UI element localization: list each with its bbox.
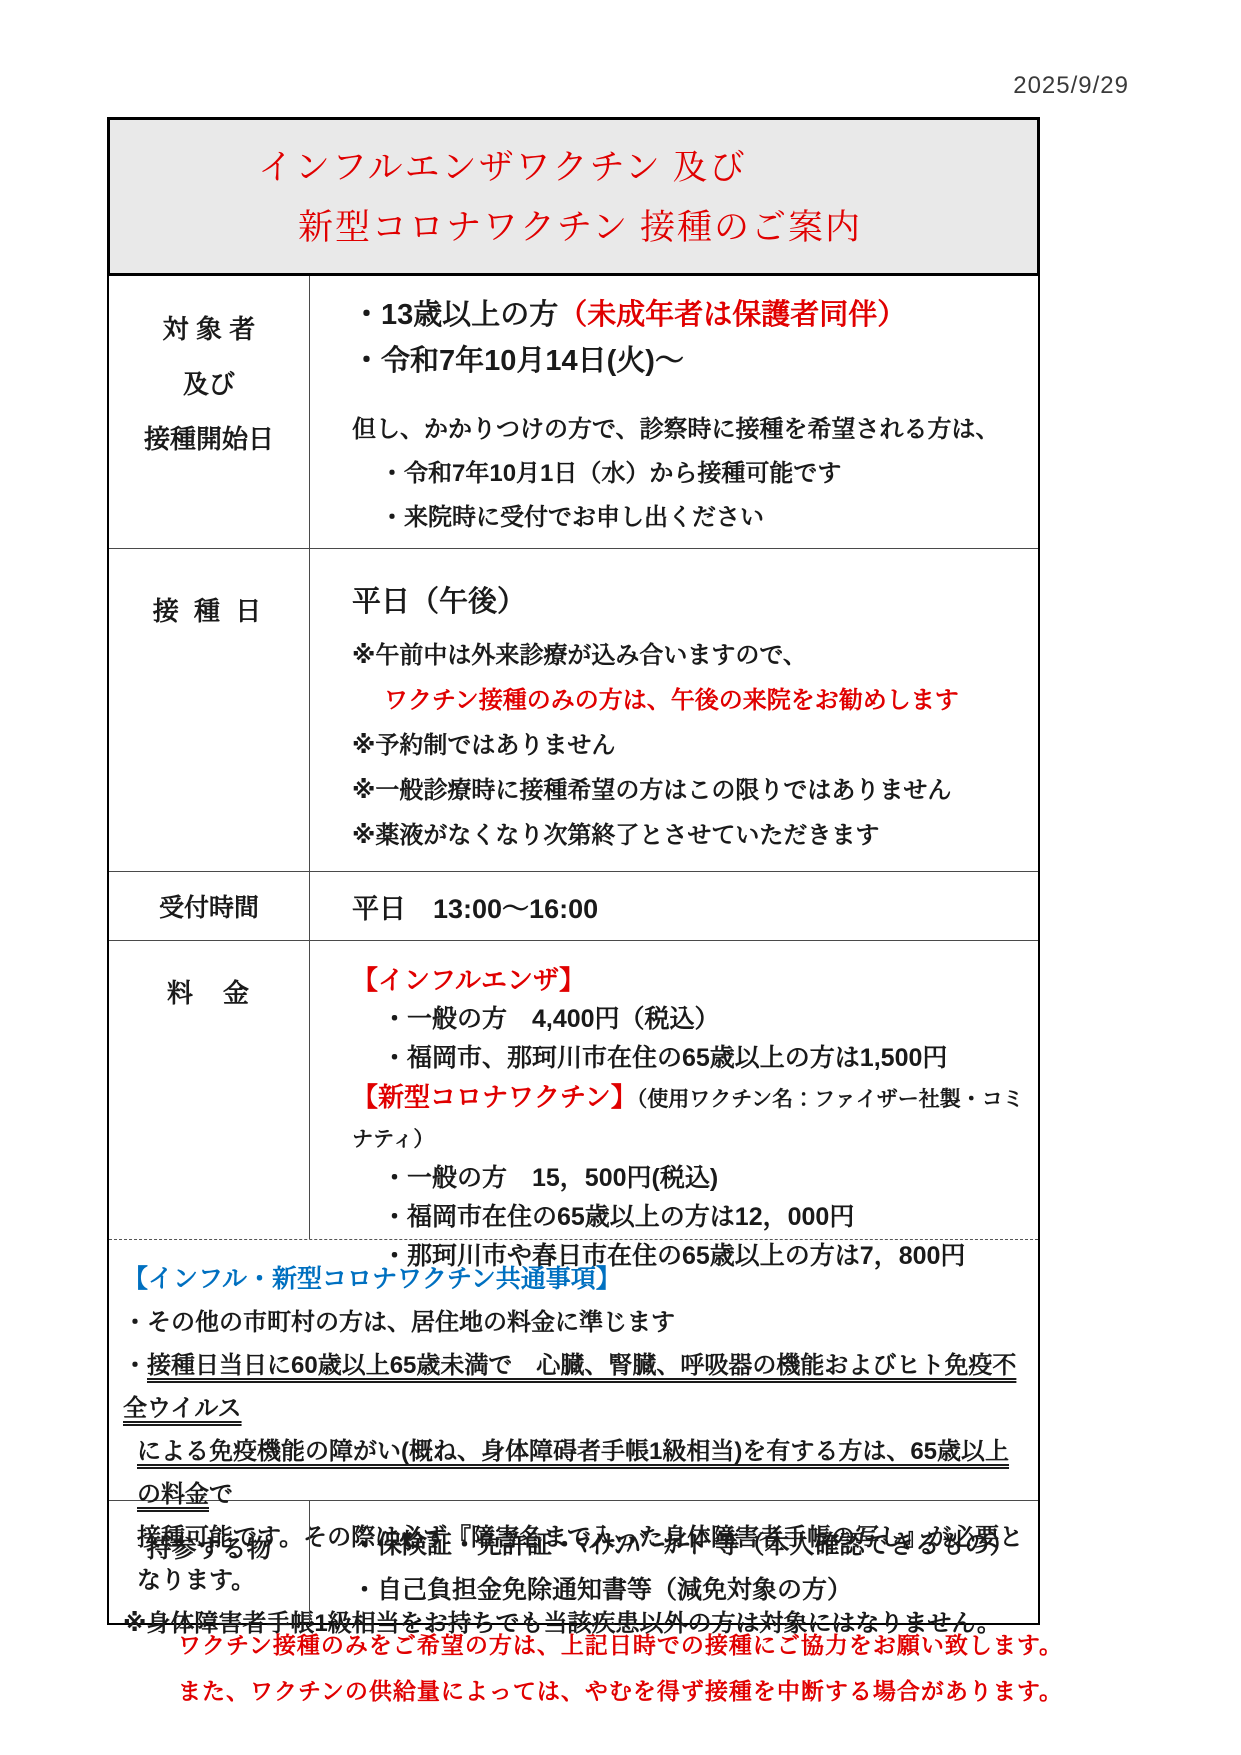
row-vaccination-day: 接 種 日 平日（午後） ※午前中は外来診療が込み合いますので、 ワクチン接種の…: [109, 549, 1038, 872]
row-hours-content: 平日 13:00～16:00: [310, 887, 1038, 926]
footer-note-2: また、ワクチンの供給量によっては、やむを得ず接種を中断する場合があります。: [0, 1668, 1241, 1714]
label-line: 及び: [109, 357, 309, 412]
day-note-2: ※予約制ではありません: [352, 723, 1038, 768]
label-line: 接種開始日: [109, 412, 309, 467]
title-box: インフルエンザワクチン 及び 新型コロナワクチン 接種のご案内: [107, 117, 1040, 276]
title-line-1: インフルエンザワクチン 及び: [110, 138, 1037, 198]
document-date: 2025/9/29: [1013, 72, 1129, 100]
common-note-1: ・その他の市町村の方は、居住地の料金に準じます: [123, 1301, 1024, 1344]
common-note-2-line-a: ・接種日当日に60歳以上65歳未満で 心臓、腎臓、呼吸器の機能およびヒト免疫不全…: [123, 1344, 1024, 1430]
day-main: 平日（午後）: [352, 579, 1038, 625]
covid-fee-header-line: 【新型コロナワクチン】（使用ワクチン名：ファイザー社製・コミナティ）: [352, 1078, 1038, 1159]
covid-fee-fukuoka-senior: ・福岡市在住の65歳以上の方は12，000円: [352, 1198, 1038, 1237]
flu-fee-senior: ・福岡市、那珂川市在住の65歳以上の方は1,500円: [352, 1039, 1038, 1078]
day-note-afternoon-recommend: ワクチン接種のみの方は、午後の来院をお勧めします: [352, 678, 1038, 723]
row-hours-label: 受付時間: [109, 872, 310, 940]
row-fee-label: 料 金: [109, 941, 310, 1239]
day-note-4: ※薬液がなくなり次第終了とさせていただきます: [352, 813, 1038, 858]
bring-item-1: ・保険証・免許証・ﾏｲﾅﾝﾊﾞｰｶｰﾄﾞ等（本人確認できるもの）: [352, 1523, 1038, 1568]
row-what-to-bring: 持参する物 ・保険証・免許証・ﾏｲﾅﾝﾊﾞｰｶｰﾄﾞ等（本人確認できるもの） ・…: [109, 1500, 1038, 1623]
day-note-1: ※午前中は外来診療が込み合いますので、: [352, 633, 1038, 678]
flu-fee-general: ・一般の方 4,400円（税込）: [352, 1000, 1038, 1039]
notice-sheet: インフルエンザワクチン 及び 新型コロナワクチン 接種のご案内 対 象 者 及び…: [107, 117, 1040, 1625]
row-day-content: 平日（午後） ※午前中は外来診療が込み合いますので、 ワクチン接種のみの方は、午…: [310, 549, 1038, 871]
row-target-content: ・13歳以上の方（未成年者は保護者同伴） ・令和7年10月14日(火)～ 但し、…: [310, 276, 1038, 548]
covid-fee-general: ・一般の方 15，500円(税込): [352, 1159, 1038, 1198]
common-notes-section: 【インフル・新型コロナワクチン共通事項】 ・その他の市町村の方は、居住地の料金に…: [109, 1240, 1038, 1500]
minor-guardian-note: （未成年者は保護者同伴）: [558, 299, 906, 331]
label-line: 対 象 者: [109, 302, 309, 357]
underlined-condition-b: による免疫機能の障がい(概ね、身体障碍者手帳1級相当)を有する方は、65歳以上の…: [137, 1438, 1009, 1508]
row-fee-content: 【インフルエンザ】 ・一般の方 4,400円（税込） ・福岡市、那珂川市在住の6…: [310, 941, 1038, 1239]
row-fees: 料 金 【インフルエンザ】 ・一般の方 4,400円（税込） ・福岡市、那珂川市…: [109, 941, 1038, 1240]
row-bring-label: 持参する物: [109, 1501, 310, 1623]
notice-table: 対 象 者 及び 接種開始日 ・13歳以上の方（未成年者は保護者同伴） ・令和7…: [107, 276, 1040, 1625]
sub-note-2: ・来院時に受付でお申し出ください: [352, 496, 1038, 540]
row-day-label: 接 種 日: [109, 549, 310, 871]
start-date-line: ・令和7年10月14日(火)～: [352, 338, 1038, 384]
sub-note-1: ・令和7年10月1日（水）から接種可能です: [352, 452, 1038, 496]
sub-intro: 但し、かかりつけの方で、診察時に接種を希望される方は、: [352, 408, 1038, 452]
row-reception-hours: 受付時間 平日 13:00～16:00: [109, 872, 1038, 941]
footer-note-1: ワクチン接種のみをご希望の方は、上記日時での接種にご協力をお願い致します。: [0, 1622, 1241, 1668]
target-age-line: ・13歳以上の方（未成年者は保護者同伴）: [352, 292, 1038, 338]
underlined-condition-a: 接種日当日に60歳以上65歳未満で 心臓、腎臓、呼吸器の機能およびヒト免疫不全ウ…: [123, 1352, 1016, 1422]
bring-item-2: ・自己負担金免除通知書等（減免対象の方）: [352, 1568, 1038, 1613]
row-target-label: 対 象 者 及び 接種開始日: [109, 276, 310, 548]
row-target-and-start-date: 対 象 者 及び 接種開始日 ・13歳以上の方（未成年者は保護者同伴） ・令和7…: [109, 276, 1038, 549]
day-note-3: ※一般診療時に接種希望の方はこの限りではありません: [352, 768, 1038, 813]
target-sub-notes: 但し、かかりつけの方で、診察時に接種を希望される方は、 ・令和7年10月1日（水…: [352, 408, 1038, 540]
covid-fee-header: 【新型コロナワクチン】: [352, 1082, 637, 1112]
vaccine-notice-page: { "accent": { "red": "#e00000", "blue": …: [0, 0, 1241, 1755]
flu-fee-header: 【インフルエンザ】: [352, 961, 1038, 1000]
title-line-2: 新型コロナワクチン 接種のご案内: [110, 198, 1037, 258]
row-bring-content: ・保険証・免許証・ﾏｲﾅﾝﾊﾞｰｶｰﾄﾞ等（本人確認できるもの） ・自己負担金免…: [310, 1501, 1038, 1623]
footer-notes: ワクチン接種のみをご希望の方は、上記日時での接種にご協力をお願い致します。 また…: [0, 1622, 1241, 1714]
